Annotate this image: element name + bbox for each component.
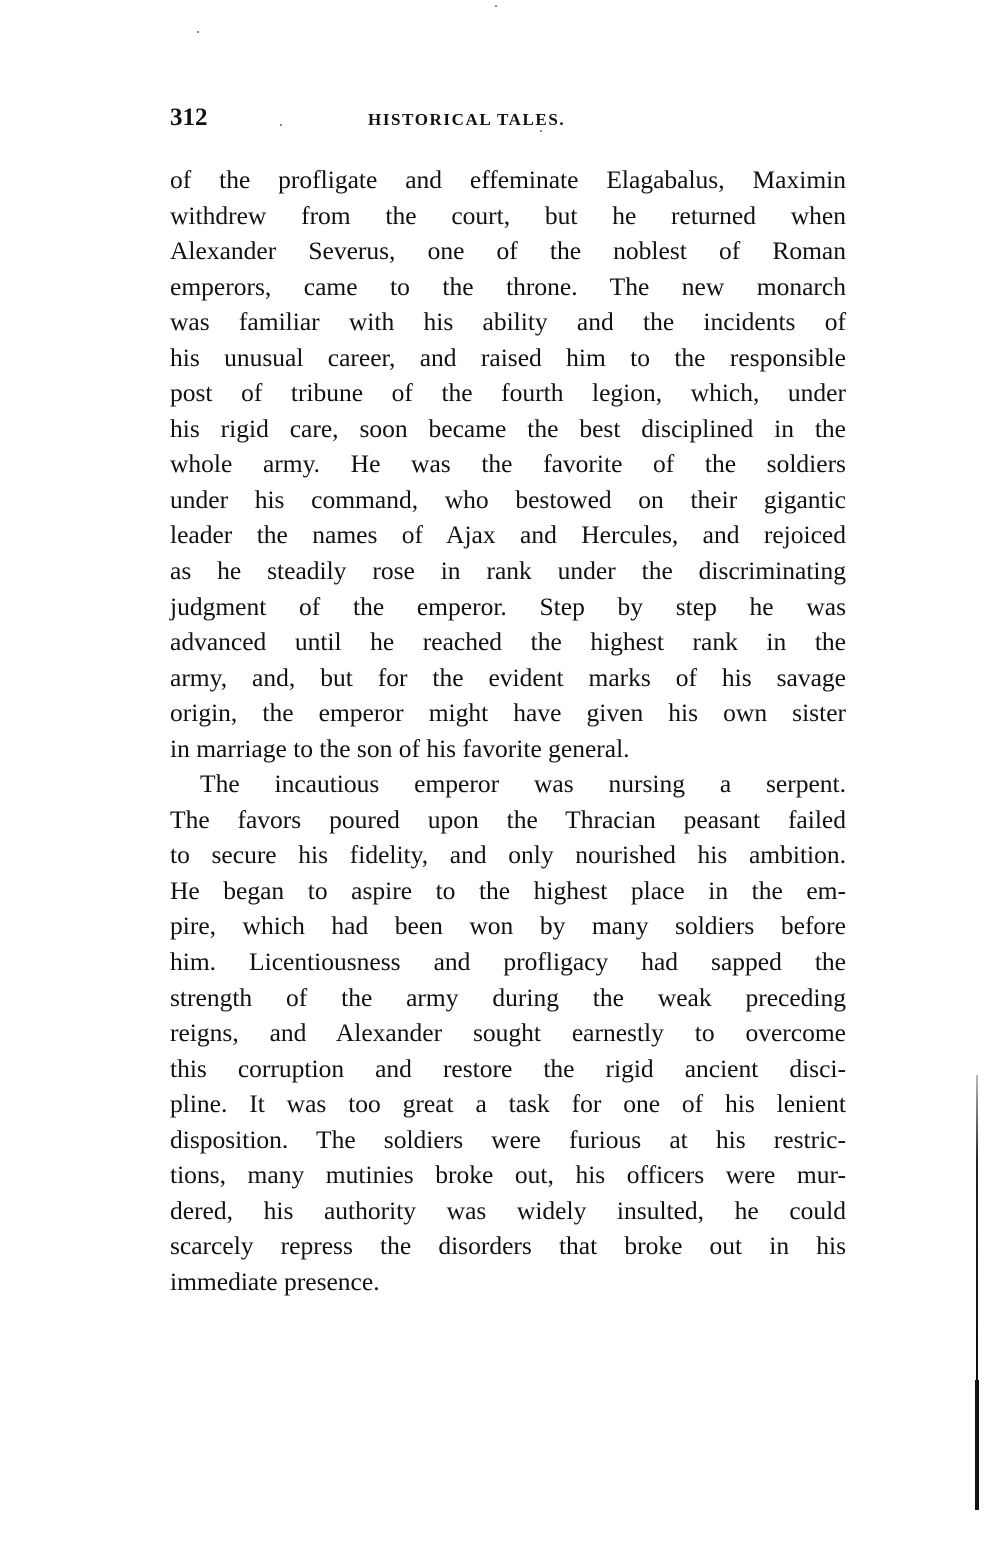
scan-speck [495,5,497,7]
scan-margin-line-heavy [975,1380,979,1510]
text-line: leader the names of Ajax and Hercules, a… [170,517,846,553]
text-line: reigns, and Alexander sought earnestly t… [170,1015,846,1051]
text-line: in marriage to the son of his favorite g… [170,731,846,767]
text-line: army, and, but for the evident marks of … [170,660,846,696]
text-line: The favors poured upon the Thracian peas… [170,802,846,838]
text-line: dered, his authority was widely insulted… [170,1193,846,1229]
page-header: 312 HISTORICAL TALES. [170,104,846,136]
scan-speck [197,31,199,33]
paragraph: The incautious emperor was nursing a ser… [170,766,846,1299]
text-line: He began to aspire to the highest place … [170,873,846,909]
text-line: pline. It was too great a task for one o… [170,1086,846,1122]
text-line: of the profligate and effeminate Elagaba… [170,162,846,198]
book-page: 312 HISTORICAL TALES. of the profligate … [0,0,1000,1551]
text-line: origin, the emperor might have given his… [170,695,846,731]
text-line: him. Licentiousness and profligacy had s… [170,944,846,980]
text-line: post of tribune of the fourth legion, wh… [170,375,846,411]
text-line: as he steadily rose in rank under the di… [170,553,846,589]
text-line: his unusual career, and raised him to th… [170,340,846,376]
running-title: HISTORICAL TALES. [368,110,565,130]
text-line: tions, many mutinies broke out, his offi… [170,1157,846,1193]
text-line: pire, which had been won by many soldier… [170,908,846,944]
text-line: The incautious emperor was nursing a ser… [170,766,846,802]
paragraph: of the profligate and effeminate Elagaba… [170,162,846,766]
text-line: strength of the army during the weak pre… [170,980,846,1016]
text-line: was familiar with his ability and the in… [170,304,846,340]
page-number: 312 [170,104,208,132]
text-line: under his command, who bestowed on their… [170,482,846,518]
text-line: this corruption and restore the rigid an… [170,1051,846,1087]
text-line: his rigid care, soon became the best dis… [170,411,846,447]
text-line: whole army. He was the favorite of the s… [170,446,846,482]
text-line: scarcely repress the disorders that brok… [170,1228,846,1264]
body-text: of the profligate and effeminate Elagaba… [170,162,846,1300]
text-line: Alexander Severus, one of the noblest of… [170,233,846,269]
text-line: judgment of the emperor. Step by step he… [170,589,846,625]
text-line: immediate presence. [170,1264,846,1300]
text-line: withdrew from the court, but he returned… [170,198,846,234]
text-line: emperors, came to the throne. The new mo… [170,269,846,305]
text-line: advanced until he reached the highest ra… [170,624,846,660]
text-line: disposition. The soldiers were furious a… [170,1122,846,1158]
text-line: to secure his fidelity, and only nourish… [170,837,846,873]
